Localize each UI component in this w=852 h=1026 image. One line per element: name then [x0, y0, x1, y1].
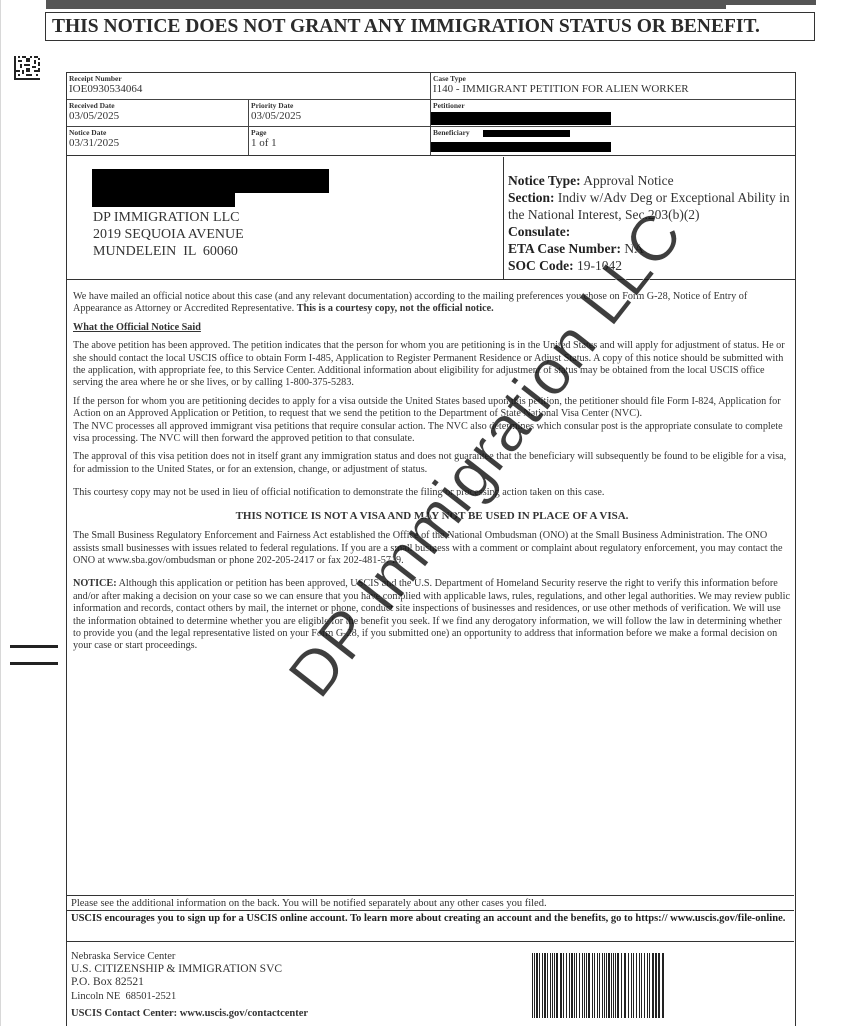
- service-center-address: Nebraska Service Center U.S. CITIZENSHIP…: [71, 950, 308, 1020]
- notice-type: Approval Notice: [583, 173, 673, 188]
- section-heading: What the Official Notice Said: [73, 322, 791, 334]
- priority-date: 03/05/2025: [251, 110, 428, 123]
- address-line-2: 2019 SEQUOIA AVENUE: [93, 226, 244, 243]
- paragraph-verification: NOTICE: Although this application or pet…: [73, 578, 791, 652]
- paragraph-nvc: The NVC processes all approved immigrant…: [73, 421, 791, 446]
- paragraph-courtesy-copy: This courtesy copy may not be used in li…: [73, 487, 791, 499]
- priority-date-cell: Priority Date 03/05/2025: [249, 100, 431, 127]
- paragraph-visa-outside: If the person for whom you are petitioni…: [73, 396, 791, 421]
- case-type: I140 - IMMIGRANT PETITION FOR ALIEN WORK…: [433, 83, 793, 96]
- not-a-visa-notice: THIS NOTICE IS NOT A VISA AND MAY NOT BE…: [73, 510, 791, 522]
- address-line-3: MUNDELEIN IL 60060: [93, 243, 244, 260]
- notice-date-cell: Notice Date 03/31/2025: [67, 127, 249, 156]
- notice-body: We have mailed an official notice about …: [73, 291, 791, 659]
- petitioner-redaction: [431, 112, 611, 125]
- paragraph-no-status: The approval of this visa petition does …: [73, 451, 791, 476]
- online-account-notice: USCIS encourages you to sign up for a US…: [67, 910, 794, 942]
- top-printed-bar: [46, 0, 816, 9]
- address-line-1: DP IMMIGRATION LLC: [93, 209, 244, 226]
- additional-info: Please see the additional information on…: [67, 895, 794, 910]
- received-date: 03/05/2025: [69, 110, 246, 123]
- barcode-icon: [532, 953, 668, 1018]
- intro-paragraph: We have mailed an official notice about …: [73, 291, 791, 316]
- fold-marks: [10, 645, 58, 679]
- page-number: 1 of 1: [251, 137, 428, 150]
- beneficiary-cell: Beneficiary: [431, 127, 795, 156]
- banner-heading: THIS NOTICE DOES NOT GRANT ANY IMMIGRATI…: [45, 12, 815, 41]
- petitioner-cell: Petitioner: [431, 100, 795, 127]
- address-redaction-1: [92, 169, 329, 193]
- beneficiary-redaction-2: [431, 142, 611, 152]
- address-redaction-2: [92, 193, 235, 207]
- datamatrix-code-icon: [14, 56, 40, 80]
- beneficiary-redaction-1: [483, 130, 570, 137]
- paragraph-approval: The above petition has been approved. Th…: [73, 340, 791, 390]
- receipt-number-cell: Receipt Number IOE0930534064: [67, 73, 431, 100]
- eta-case-number: NA: [624, 241, 644, 256]
- paragraph-ombudsman: The Small Business Regulatory Enforcemen…: [73, 530, 791, 567]
- received-date-cell: Received Date 03/05/2025: [67, 100, 249, 127]
- notice-info: Notice Type: Approval Notice Section: In…: [504, 157, 795, 280]
- contact-center: USCIS Contact Center: www.uscis.gov/cont…: [71, 1007, 308, 1020]
- notice-date: 03/31/2025: [69, 137, 246, 150]
- mailing-address: DP IMMIGRATION LLC 2019 SEQUOIA AVENUE M…: [67, 157, 504, 280]
- notice-frame: Receipt Number IOE0930534064 Case Type I…: [66, 72, 796, 1026]
- page-cell: Page 1 of 1: [249, 127, 431, 156]
- soc-code: 19-1042: [577, 258, 622, 273]
- receipt-number: IOE0930534064: [69, 83, 428, 96]
- case-type-cell: Case Type I140 - IMMIGRANT PETITION FOR …: [431, 73, 795, 100]
